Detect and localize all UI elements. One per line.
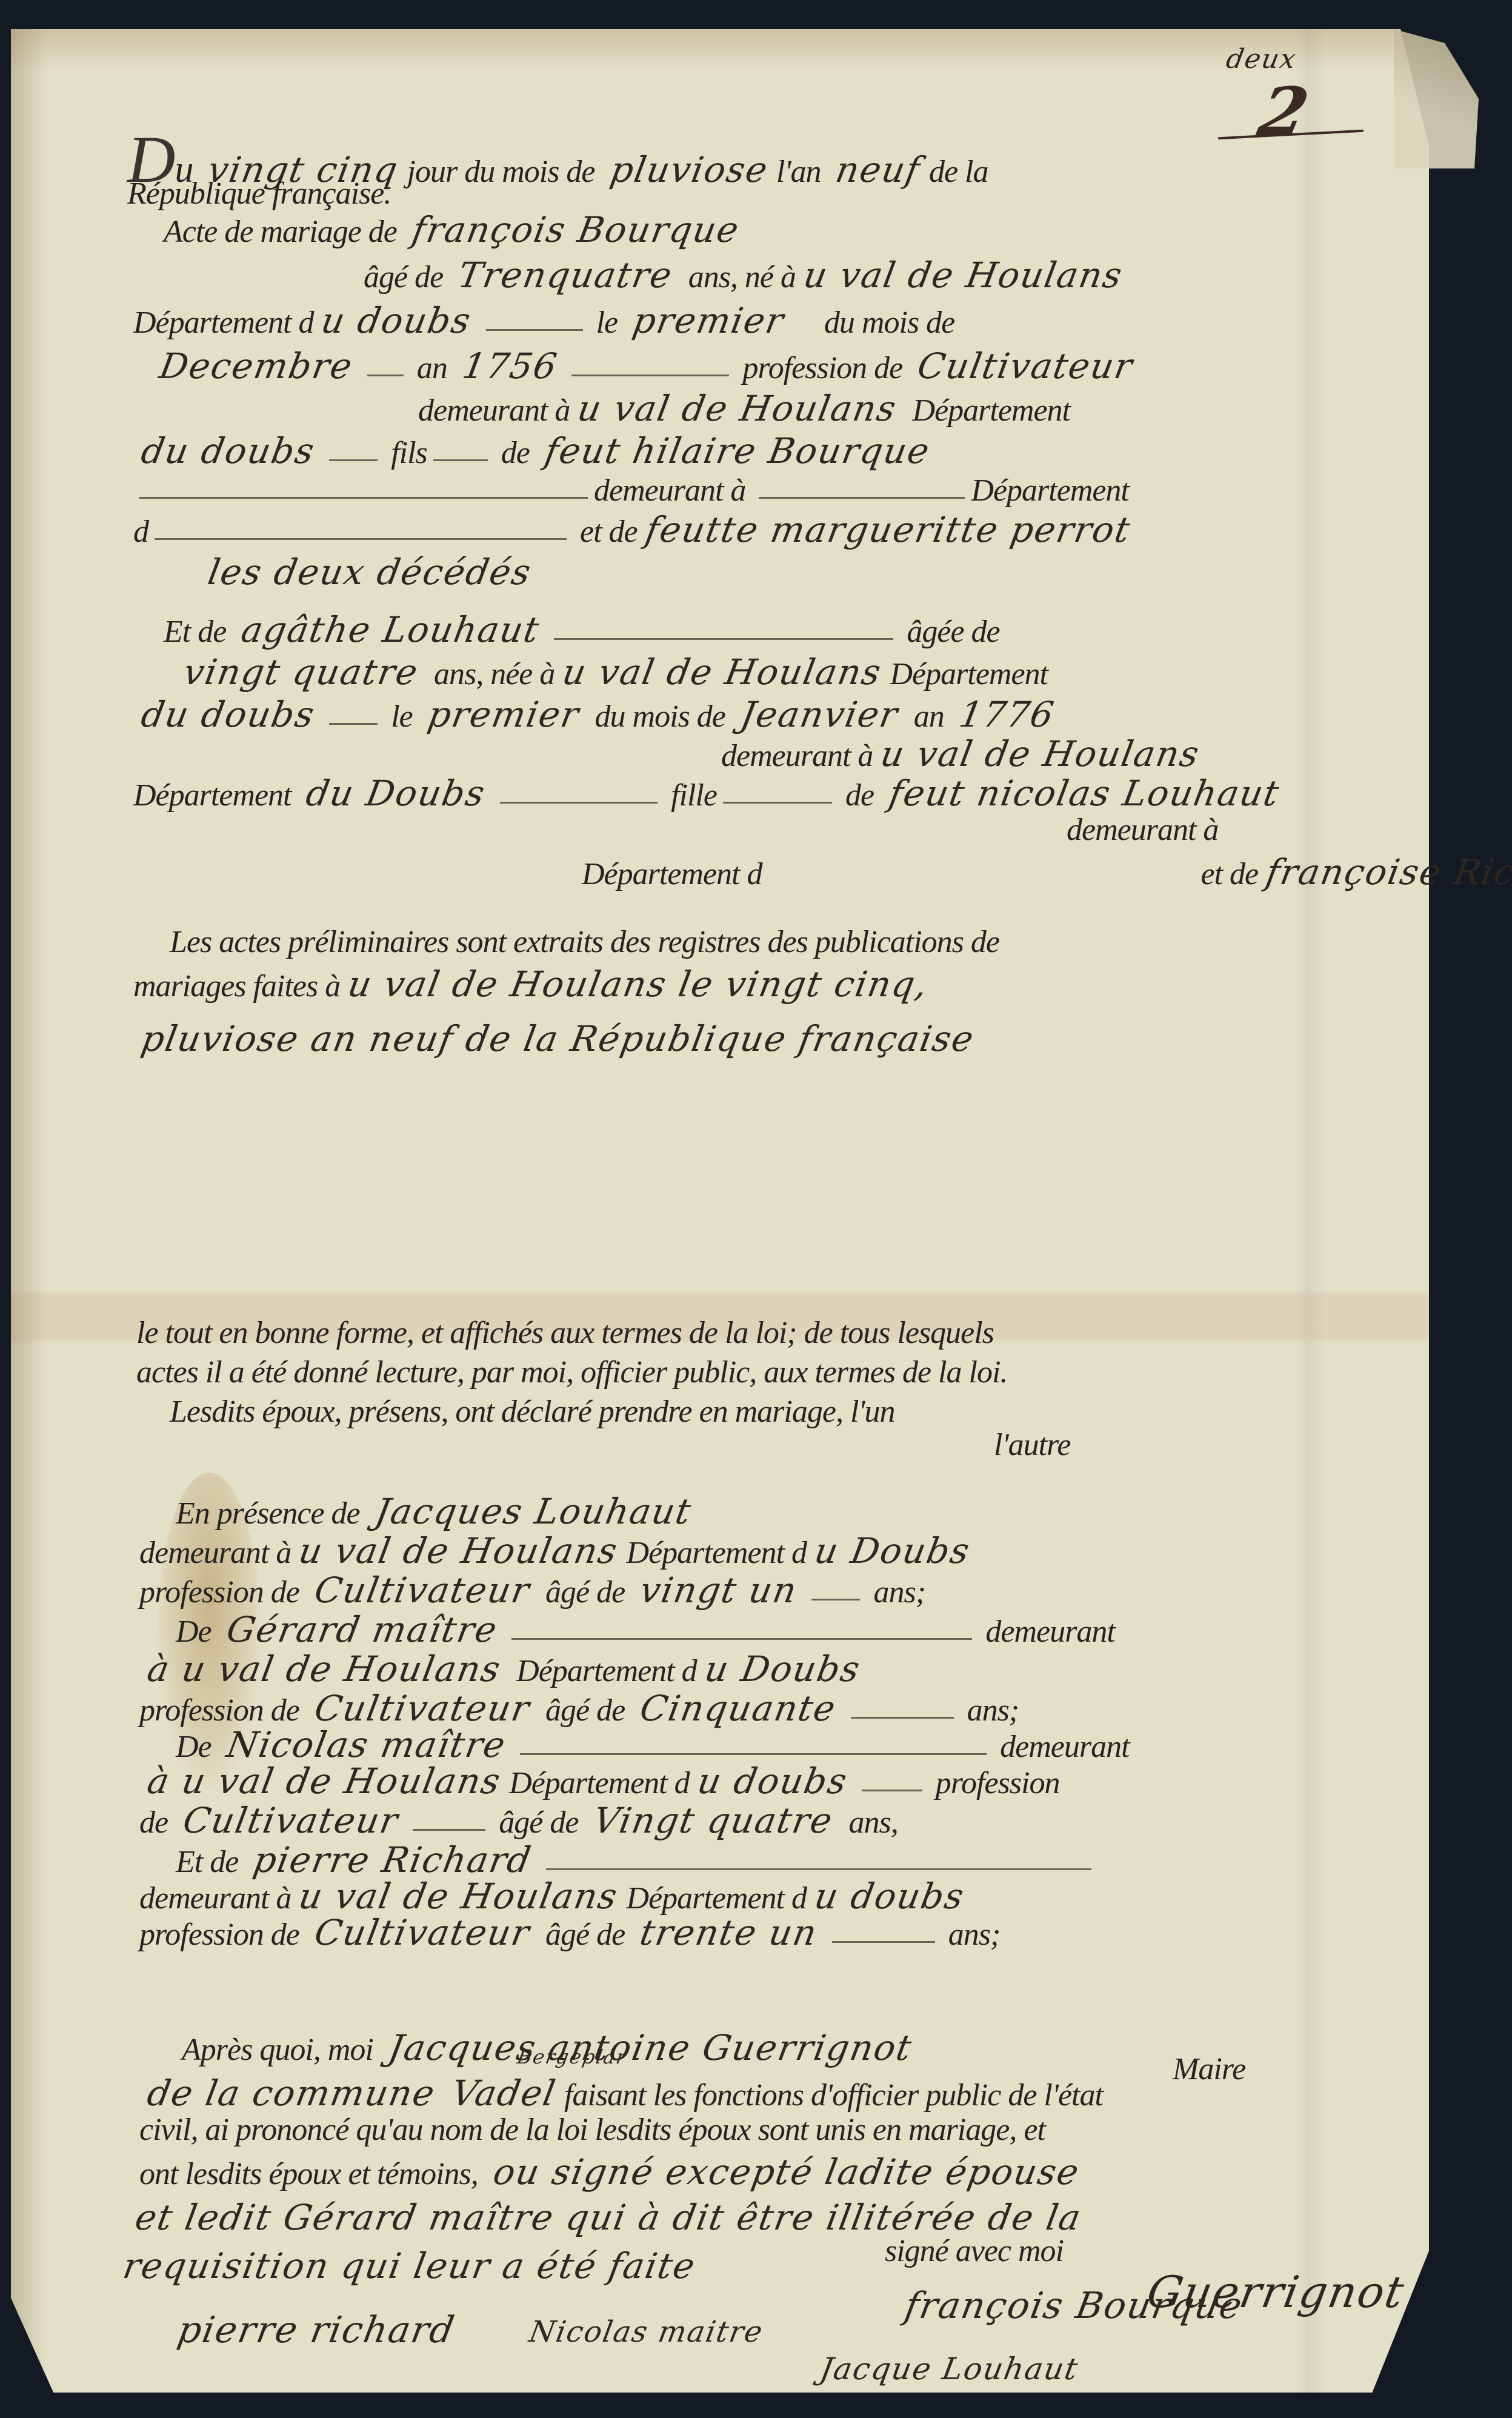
- bride-birth-day: premier: [416, 694, 591, 735]
- witness-3-line-2: à u val de HoulansDépartement du doubs p…: [139, 1760, 1059, 1802]
- bride-line-7: Département d et defrançoise Richardet: [582, 851, 1512, 893]
- closing-handwritten-2: et ledit Gérard maître qui à dit être il…: [124, 2197, 1093, 2238]
- witness-2-line-1: De Gérard maître demeurant: [176, 1609, 1115, 1650]
- publications-date: pluviose an neuf de la République frança…: [130, 1018, 986, 1059]
- commune-name: Vadel: [440, 2073, 568, 2114]
- bride-age: vingt quatre: [172, 651, 430, 693]
- signature-witness-pierre-richard: pierre richard: [170, 2309, 463, 2351]
- witness-2-age: Cinquante: [628, 1688, 848, 1729]
- bride-dept: du doubs: [130, 694, 327, 735]
- groom-birthplace: u val de Houlans: [792, 255, 1134, 296]
- groom-dept: u doubs: [310, 300, 483, 341]
- witness-2-profession: Cultivateur: [303, 1688, 542, 1729]
- signature-witness-jacque-louhaut: Jacque Louhaut: [812, 2351, 1087, 2386]
- groom-line-5: demeurant àu val de Houlans Département: [418, 388, 1070, 429]
- groom-age: Trenquatre: [447, 255, 685, 296]
- witness-1-residence: u val de Houlans: [287, 1530, 630, 1571]
- witness-3-line-3: de Cultivateur âgé de Vingt quatre ans,: [139, 1800, 898, 1841]
- bride-father: feut nicolas Louhaut: [878, 773, 1291, 814]
- groom-line-3: Département du doubs le premier du mois …: [133, 300, 954, 341]
- closing-line-4: ont lesdits époux et témoins, ou signé e…: [139, 2151, 1088, 2193]
- groom-birth-year: 1756: [451, 345, 570, 387]
- witness-2-name: Gérard maître: [215, 1609, 510, 1650]
- closing-handwritten-1: ou signé excepté ladite épouse: [482, 2151, 1091, 2193]
- groom-name: françois Bourque: [401, 209, 751, 250]
- officer-name: Jacques antoine Guerrignot: [377, 2027, 924, 2068]
- witness-1-age: vingt un: [628, 1570, 809, 1611]
- corner-annotation: deux: [1218, 44, 1305, 75]
- header-line-2: République française.: [127, 176, 391, 211]
- publications-line-2: mariages faites àu val de Houlans le vin…: [133, 964, 937, 1005]
- bride-name: agâthe Louhaut: [230, 609, 551, 650]
- corner-word: deux: [1216, 44, 1308, 75]
- bride-birthplace: u val de Houlans: [551, 651, 893, 693]
- witness-3-residence: à u val de Houlans: [136, 1760, 513, 1802]
- groom-birth-month: Decembre: [148, 345, 365, 387]
- groom-line-2: âgé de Trenquatre ans, né àu val de Houl…: [364, 255, 1131, 296]
- witness-3-line-1: De Nicolas maître demeurant: [176, 1724, 1130, 1765]
- groom-dept2: du doubs: [130, 430, 327, 471]
- witness-1-name: Jacques Louhaut: [364, 1491, 704, 1532]
- witness-3-name: Nicolas maître: [215, 1724, 518, 1765]
- witness-1-line-3: profession de Cultivateur âgé de vingt u…: [139, 1570, 925, 1611]
- commune-label: de la commune: [136, 2073, 447, 2114]
- witness-4-line-3: profession de Cultivateur âgé de trente …: [139, 1912, 1000, 1953]
- groom-father: feut hilaire Bourque: [533, 430, 942, 471]
- publications-place: u val de Houlans le vingt cinq,: [336, 964, 940, 1005]
- witness-4-residence: u val de Houlans: [287, 1876, 630, 1917]
- month-field: pluviose: [599, 149, 780, 190]
- witness-4-name: pierre Richard: [242, 1839, 544, 1880]
- witness-3-dept: u doubs: [686, 1760, 859, 1802]
- closing-handwritten-3: requisition qui leur a été faite: [112, 2245, 707, 2286]
- witness-3-age: Vingt quatre: [582, 1800, 845, 1841]
- witness-2-line-3: profession de Cultivateur âgé de Cinquan…: [139, 1688, 1019, 1729]
- bride-residence: u val de Houlans: [869, 733, 1211, 774]
- closing-signe-avec-moi: signé avec moi: [885, 2233, 1064, 2269]
- closing-line-3: civil, ai prononcé qu'au nom de la loi l…: [139, 2112, 1045, 2148]
- declaration-line-4: l'autre: [994, 1427, 1070, 1463]
- groom-profession: Cultivateur: [906, 345, 1145, 387]
- closing-line-2: de la communeVadelfaisant les fonctions …: [139, 2073, 1103, 2114]
- signature-witness-nicolas-maitre: Nicolas maitre: [521, 2315, 771, 2349]
- witness-1-line-2: demeurant àu val de HoulansDépartement d…: [139, 1530, 978, 1571]
- witness-4-profession: Cultivateur: [303, 1912, 542, 1953]
- witness-4-dept: u doubs: [803, 1876, 976, 1917]
- bride-mother: françoise Richardet: [1254, 851, 1512, 893]
- bride-line-6: demeurant à: [1067, 812, 1218, 848]
- groom-mother: feutte margueritte perrot: [634, 509, 1142, 550]
- declaration-line-1: le tout en bonne forme, et affichés aux …: [136, 1315, 994, 1351]
- closing-maire: Maire: [1173, 2051, 1245, 2087]
- closing-line-6: requisition qui leur a été faite: [115, 2245, 704, 2286]
- bride-line-3: du doubs le premier du mois de Jeanvier …: [133, 694, 1062, 735]
- signature-mayor: Guerrignot: [1139, 2266, 1413, 2317]
- groom-birth-day: premier: [621, 300, 796, 341]
- witness-4-age: trente un: [628, 1912, 829, 1953]
- witness-4-line-2: demeurant àu val de HoulansDépartement d…: [139, 1876, 973, 1917]
- bride-dept2: du Doubs: [295, 773, 498, 814]
- groom-parents-note: les deux décédés: [200, 551, 540, 593]
- bride-line-5: Département du Doubs fille de feut nicol…: [133, 773, 1288, 814]
- witness-2-dept: u Doubs: [693, 1648, 872, 1690]
- year-field: neuf: [824, 149, 932, 190]
- bride-birth-year: 1776: [948, 694, 1067, 735]
- witness-3-profession: Cultivateur: [172, 1800, 410, 1841]
- groom-line-7: demeurant à Département: [133, 473, 1129, 508]
- bride-birth-month: Jeanvier: [729, 694, 910, 735]
- groom-line-1: Acte de mariage de françois Bourque: [164, 209, 748, 250]
- folded-corner: [1394, 29, 1479, 168]
- witness-4-line-1: Et de pierre Richard: [176, 1839, 1097, 1880]
- witness-2-residence: à u val de Houlans: [136, 1648, 513, 1690]
- groom-line-4: Decembre an 1756 profession de Cultivate…: [152, 345, 1141, 387]
- witness-2-line-2: à u val de Houlans Département du Doubs: [139, 1648, 868, 1690]
- commune-insert: Bergeplar: [509, 2045, 635, 2068]
- publications-line-3: pluviose an neuf de la République frança…: [133, 1018, 982, 1059]
- groom-line-6: du doubs fils de feut hilaire Bourque: [133, 430, 938, 471]
- witness-1-dept: u Doubs: [803, 1530, 982, 1571]
- publications-line-1: Les actes préliminaires sont extraits de…: [170, 924, 999, 960]
- witness-1-line-1: En présence de Jacques Louhaut: [176, 1491, 699, 1532]
- bride-line-2: vingt quatre ans, née àu val de HoulansD…: [176, 651, 1048, 693]
- declaration-line-3: Lesdits époux, présens, ont déclaré pren…: [170, 1394, 895, 1430]
- declaration-line-2: actes il a été donné lecture, par moi, o…: [136, 1354, 1007, 1390]
- bride-line-1: Et de agâthe Louhaut âgée de: [164, 609, 1000, 650]
- bride-line-4: demeurant àu val de Houlans: [721, 733, 1208, 774]
- groom-residence: u val de Houlans: [566, 388, 908, 429]
- witness-1-profession: Cultivateur: [303, 1570, 542, 1611]
- closing-line-5: et ledit Gérard maître qui à dit être il…: [127, 2197, 1090, 2238]
- groom-line-8: d et defeutte margueritte perrot: [133, 509, 1139, 550]
